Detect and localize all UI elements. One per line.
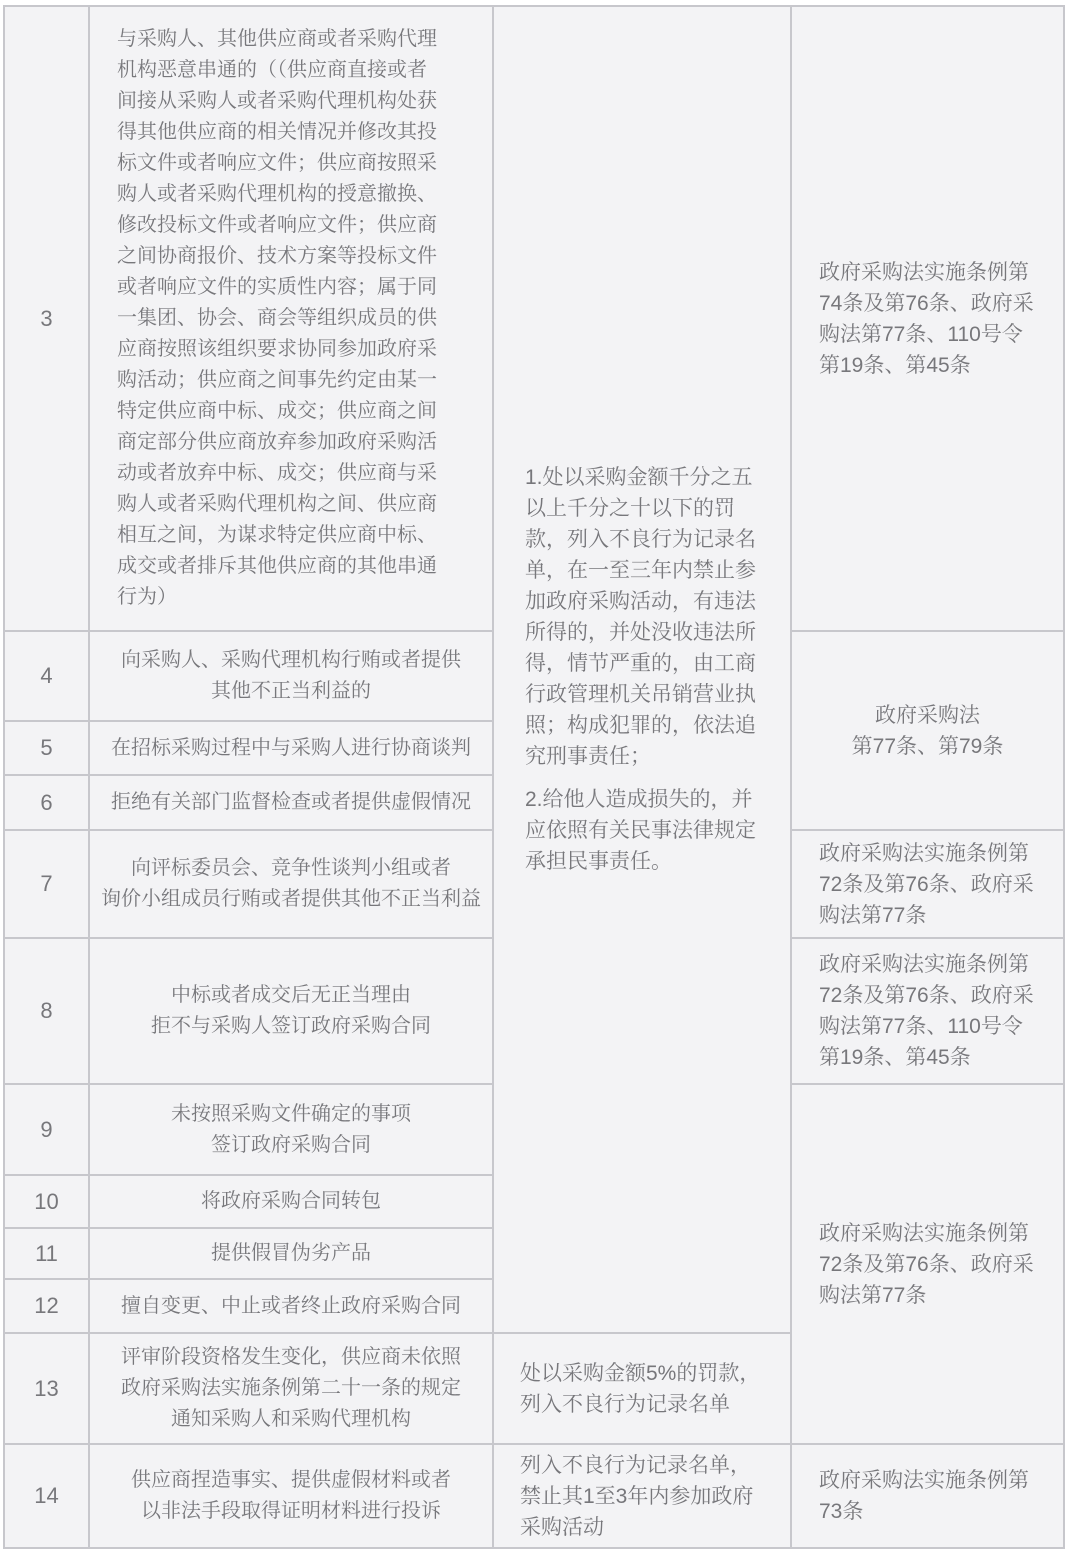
legal-basis-row14: 政府采购法实施条例第 73条: [791, 1444, 1064, 1548]
violation-penalty-table: 3 与采购人、其他供应商或者采购代理 机构恶意串通的（（供应商直接或者 间接从采…: [3, 5, 1065, 1549]
penalty-paragraph-2: 2.给他人造成损失的，并 应依照有关民事法律规定 承担民事责任。: [525, 784, 782, 877]
legal-basis-rows9to13: 政府采购法实施条例第 72条及第76条、政府采 购法第77条: [791, 1084, 1064, 1444]
row-number: 13: [4, 1333, 89, 1444]
row-number: 7: [4, 830, 89, 938]
row-number: 3: [4, 6, 89, 631]
row-number: 4: [4, 631, 89, 721]
legal-basis-rows4to6: 政府采购法 第77条、第79条: [791, 631, 1064, 830]
row-number: 10: [4, 1175, 89, 1228]
table-row: 14 供应商捏造事实、提供虚假材料或者 以非法手段取得证明材料进行投诉 列入不良…: [4, 1444, 1064, 1548]
penalty-row13: 处以采购金额5%的罚款， 列入不良行为记录名单: [493, 1333, 791, 1444]
violation-description: 将政府采购合同转包: [89, 1175, 493, 1228]
row-number: 8: [4, 938, 89, 1084]
violation-description: 拒绝有关部门监督检查或者提供虚假情况: [89, 775, 493, 830]
row-number: 14: [4, 1444, 89, 1548]
penalty-paragraph-1: 1.处以采购金额千分之五 以上千分之十以下的罚 款，列入不良行为记录名 单，在一…: [525, 462, 782, 772]
violation-description: 供应商捏造事实、提供虚假材料或者 以非法手段取得证明材料进行投诉: [89, 1444, 493, 1548]
row-number: 5: [4, 721, 89, 775]
violation-description: 评审阶段资格发生变化，供应商未依照 政府采购法实施条例第二十一条的规定 通知采购…: [89, 1333, 493, 1444]
row-number: 12: [4, 1279, 89, 1333]
legal-basis-row3: 政府采购法实施条例第 74条及第76条、政府采 购法第77条、110号令 第19…: [791, 6, 1064, 631]
violation-description: 提供假冒伪劣产品: [89, 1228, 493, 1279]
violation-description: 与采购人、其他供应商或者采购代理 机构恶意串通的（（供应商直接或者 间接从采购人…: [89, 6, 493, 631]
violation-description: 未按照采购文件确定的事项 签订政府采购合同: [89, 1084, 493, 1175]
violation-description: 擅自变更、中止或者终止政府采购合同: [89, 1279, 493, 1333]
row-number: 11: [4, 1228, 89, 1279]
violation-description: 向采购人、采购代理机构行贿或者提供 其他不正当利益的: [89, 631, 493, 721]
row-number: 6: [4, 775, 89, 830]
legal-basis-row8: 政府采购法实施条例第 72条及第76条、政府采 购法第77条、110号令 第19…: [791, 938, 1064, 1084]
violation-description: 中标或者成交后无正当理由 拒不与采购人签订政府采购合同: [89, 938, 493, 1084]
violation-description: 向评标委员会、竞争性谈判小组或者 询价小组成员行贿或者提供其他不正当利益: [89, 830, 493, 938]
violation-description: 在招标采购过程中与采购人进行协商谈判: [89, 721, 493, 775]
table-row: 3 与采购人、其他供应商或者采购代理 机构恶意串通的（（供应商直接或者 间接从采…: [4, 6, 1064, 631]
penalty-row14: 列入不良行为记录名单， 禁止其1至3年内参加政府 采购活动: [493, 1444, 791, 1548]
legal-basis-row7: 政府采购法实施条例第 72条及第76条、政府采 购法第77条: [791, 830, 1064, 938]
row-number: 9: [4, 1084, 89, 1175]
penalty-main-cell: 1.处以采购金额千分之五 以上千分之十以下的罚 款，列入不良行为记录名 单，在一…: [493, 6, 791, 1333]
